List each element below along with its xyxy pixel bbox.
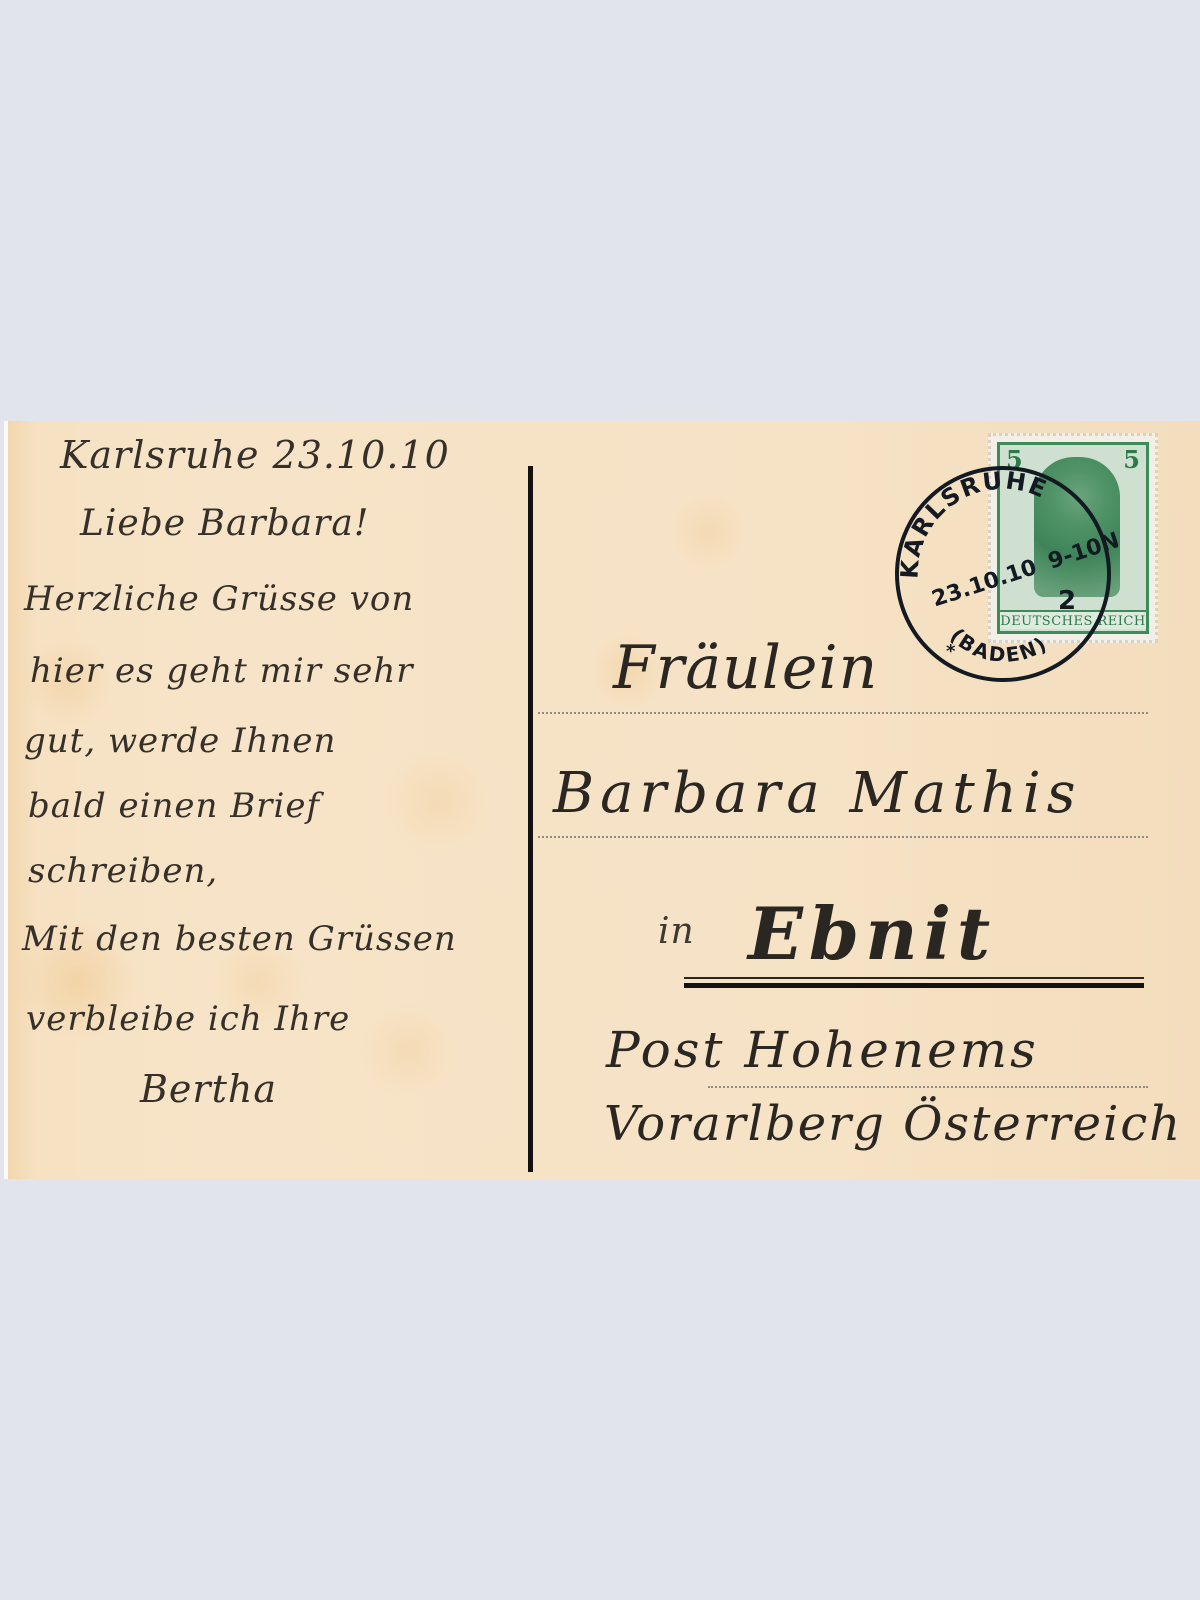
address-salutation: Fräulein [613,633,878,703]
postmark-number: 2 [1058,586,1076,616]
postcard: Karlsruhe 23.10.10 Liebe Barbara! Herzli… [8,421,1200,1179]
center-divider [528,466,533,1172]
address-rule-thick [684,983,1144,988]
svg-text:23.10.10 9-10N: 23.10.10 9-10N [929,528,1118,612]
message-line: verbleibe ich Ihre [26,999,350,1039]
address-name: Barbara Mathis [553,761,1081,826]
place-date: Karlsruhe 23.10.10 [60,433,450,477]
greeting: Liebe Barbara! [80,503,369,544]
address-rule-thin [684,977,1144,979]
address-line [708,1086,1148,1088]
message-line: Mit den besten Grüssen [22,919,457,959]
address-line [538,836,1148,838]
message-line: bald einen Brief [28,786,320,826]
postmark-region: (BADEN) [946,623,1053,667]
address-town: Ebnit [748,891,996,976]
address-region: Vorarlberg Österreich [604,1096,1182,1152]
address-line [538,712,1148,714]
svg-text:*: * [946,641,956,662]
postmark-cancellation: KARLSRUHE 23.10.10 9-10N 2 (BADEN) * [888,459,1118,689]
svg-text:(BADEN): (BADEN) [946,623,1053,667]
message-line: gut, werde Ihnen [24,721,336,761]
message-line: hier es geht mir sehr [30,651,413,691]
postmark-date: 23.10.10 [929,555,1040,612]
signature: Bertha [140,1067,277,1111]
address-prefix: in [658,911,695,952]
stamp-value-right: 5 [1123,445,1140,474]
message-line: Herzliche Grüsse von [24,579,414,619]
message-line: schreiben, [28,851,218,891]
address-post: Post Hohenems [606,1021,1039,1079]
